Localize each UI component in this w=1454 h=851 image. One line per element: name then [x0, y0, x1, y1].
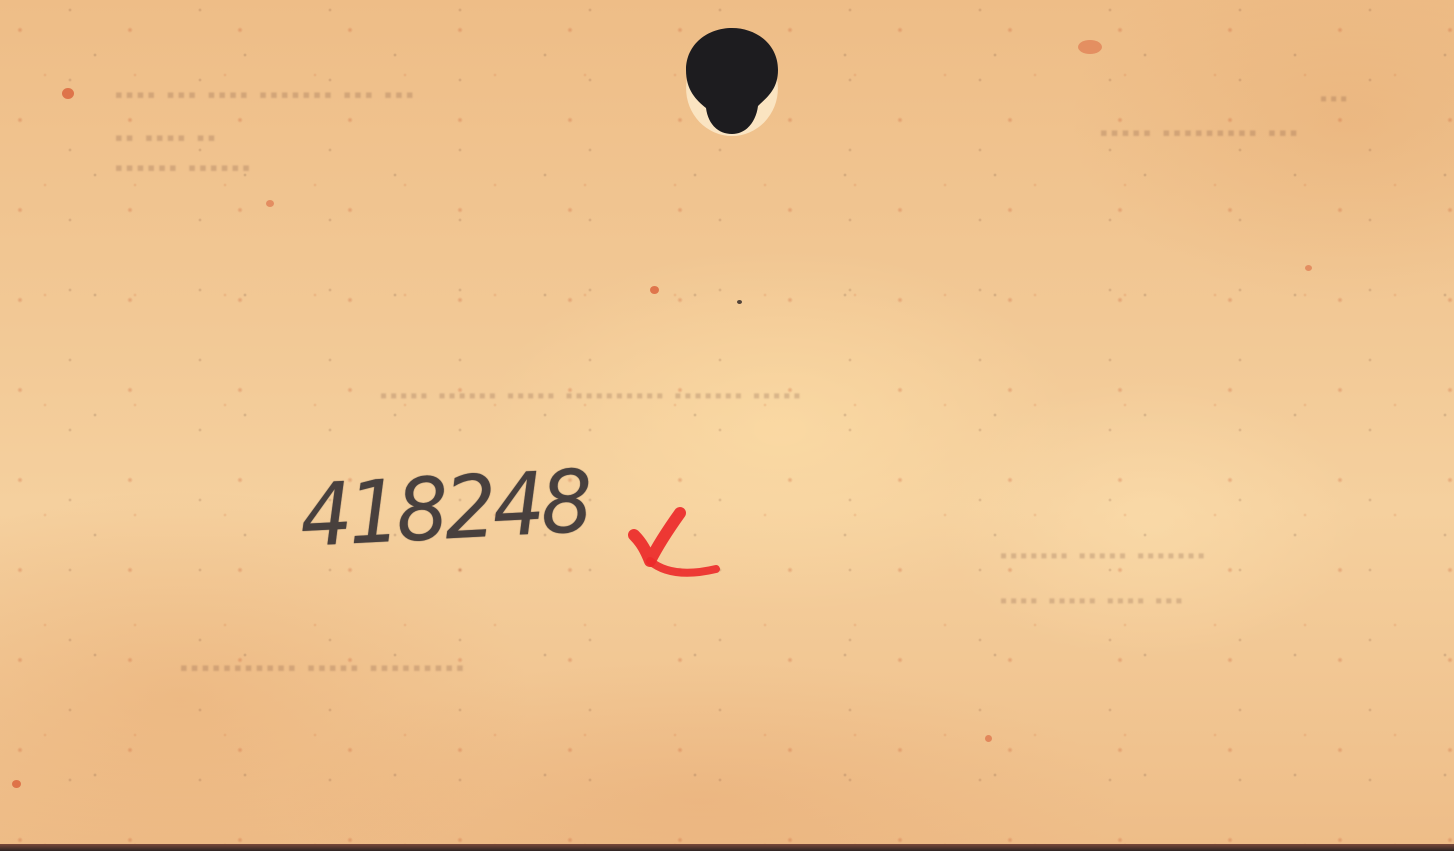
bleed-through-text: ▪▪▪▪▪▪▪ ▪▪▪▪▪ ▪▪▪▪▪▪▪ — [1000, 545, 1208, 568]
bleed-through-text: ▪▪ ▪▪▪▪ ▪▪ — [115, 125, 218, 151]
stain-spot — [266, 200, 274, 207]
red-check-mark-icon — [628, 505, 728, 580]
stain-spot — [1078, 40, 1102, 54]
card-bottom-edge — [0, 844, 1454, 851]
stain-spot — [62, 88, 74, 99]
stain-spot — [650, 286, 659, 294]
punch-hole — [686, 26, 778, 136]
bleed-through-text: ▪▪▪▪▪ ▪▪▪▪▪▪▪▪▪ ▪▪▪ — [1100, 120, 1301, 146]
bleed-through-text: ▪▪▪▪▪ ▪▪▪▪▪▪ ▪▪▪▪▪ ▪▪▪▪▪▪▪▪▪▪ ▪▪▪▪▪▪▪ ▪▪… — [380, 385, 803, 408]
stain-spot — [12, 780, 21, 788]
bleed-through-text: ▪▪▪▪ ▪▪▪▪▪ ▪▪▪▪ ▪▪▪ — [1000, 590, 1185, 613]
bleed-through-text: ▪▪▪▪▪▪ ▪▪▪▪▪▪ — [115, 155, 253, 181]
handwritten-id-number: 418248 — [298, 452, 592, 567]
stain-spot — [985, 735, 992, 742]
bleed-through-text: ▪▪▪▪▪▪▪▪▪▪▪ ▪▪▪▪▪ ▪▪▪▪▪▪▪▪▪ — [180, 655, 467, 681]
stain-spot — [1305, 265, 1312, 271]
index-card: ▪▪▪▪ ▪▪▪ ▪▪▪▪ ▪▪▪▪▪▪▪ ▪▪▪ ▪▪▪ ▪▪ ▪▪▪▪ ▪▪… — [0, 0, 1454, 846]
bleed-through-text: ▪▪▪ — [1320, 88, 1350, 111]
bleed-through-text: ▪▪▪▪ ▪▪▪ ▪▪▪▪ ▪▪▪▪▪▪▪ ▪▪▪ ▪▪▪ — [115, 82, 417, 108]
stain-spot — [737, 300, 742, 304]
